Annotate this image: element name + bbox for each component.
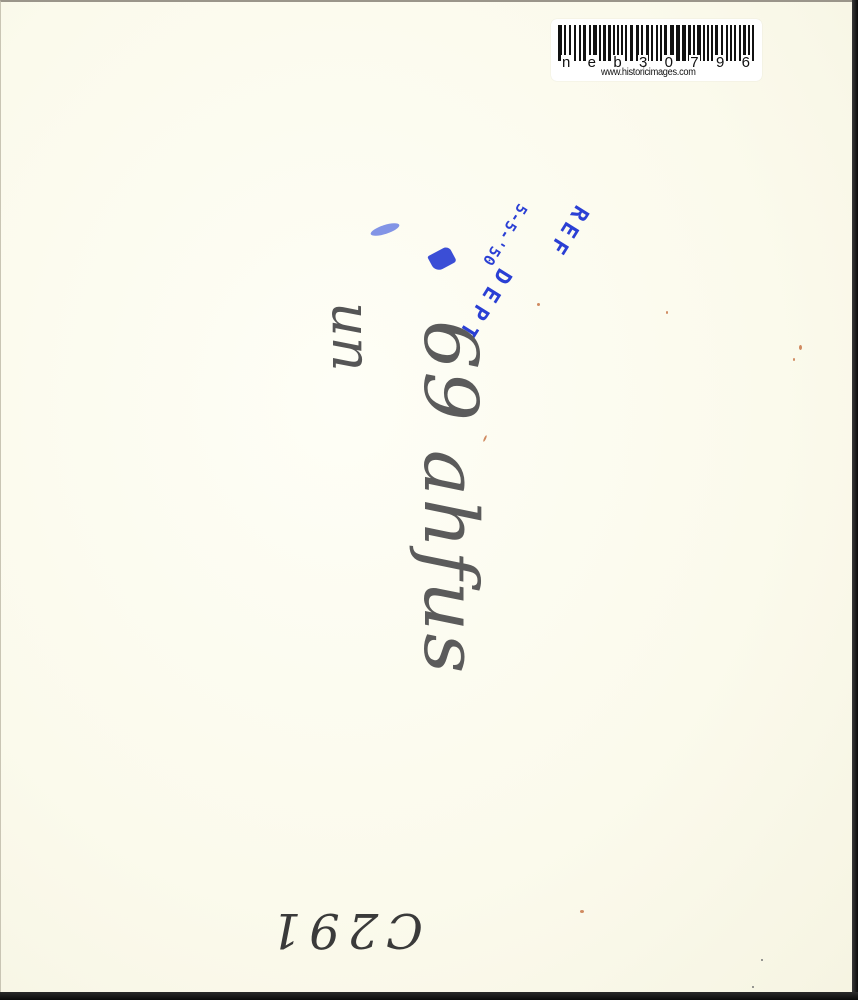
stamp-ref-text: REF (541, 201, 593, 263)
scan-edge-right (852, 0, 858, 1000)
foxing-speck (793, 358, 795, 361)
dust-speck (752, 986, 754, 988)
stamp-date: 5-5-'50 (479, 200, 531, 269)
ink-blot (427, 245, 457, 272)
barcode-char: 6 (741, 55, 751, 70)
barcode-char: e (587, 55, 597, 70)
barcode-char: 9 (715, 55, 725, 70)
barcode-url: www.historicimages.com (601, 67, 696, 78)
handwritten-note-side: un (320, 302, 383, 372)
handwritten-catalog-number: C291 (263, 902, 423, 958)
scan-edge-bottom (0, 992, 858, 1000)
barcode-bar (752, 25, 754, 61)
foxing-speck (799, 345, 802, 350)
foxing-speck (580, 910, 584, 913)
dust-speck (761, 959, 763, 961)
handwritten-note-main: 69 ahfus (407, 320, 493, 675)
barcode-label: neb30796 www.historicimages.com (551, 19, 762, 81)
barcode-char: n (561, 55, 571, 70)
foxing-speck (666, 311, 668, 314)
foxing-speck (537, 303, 540, 306)
